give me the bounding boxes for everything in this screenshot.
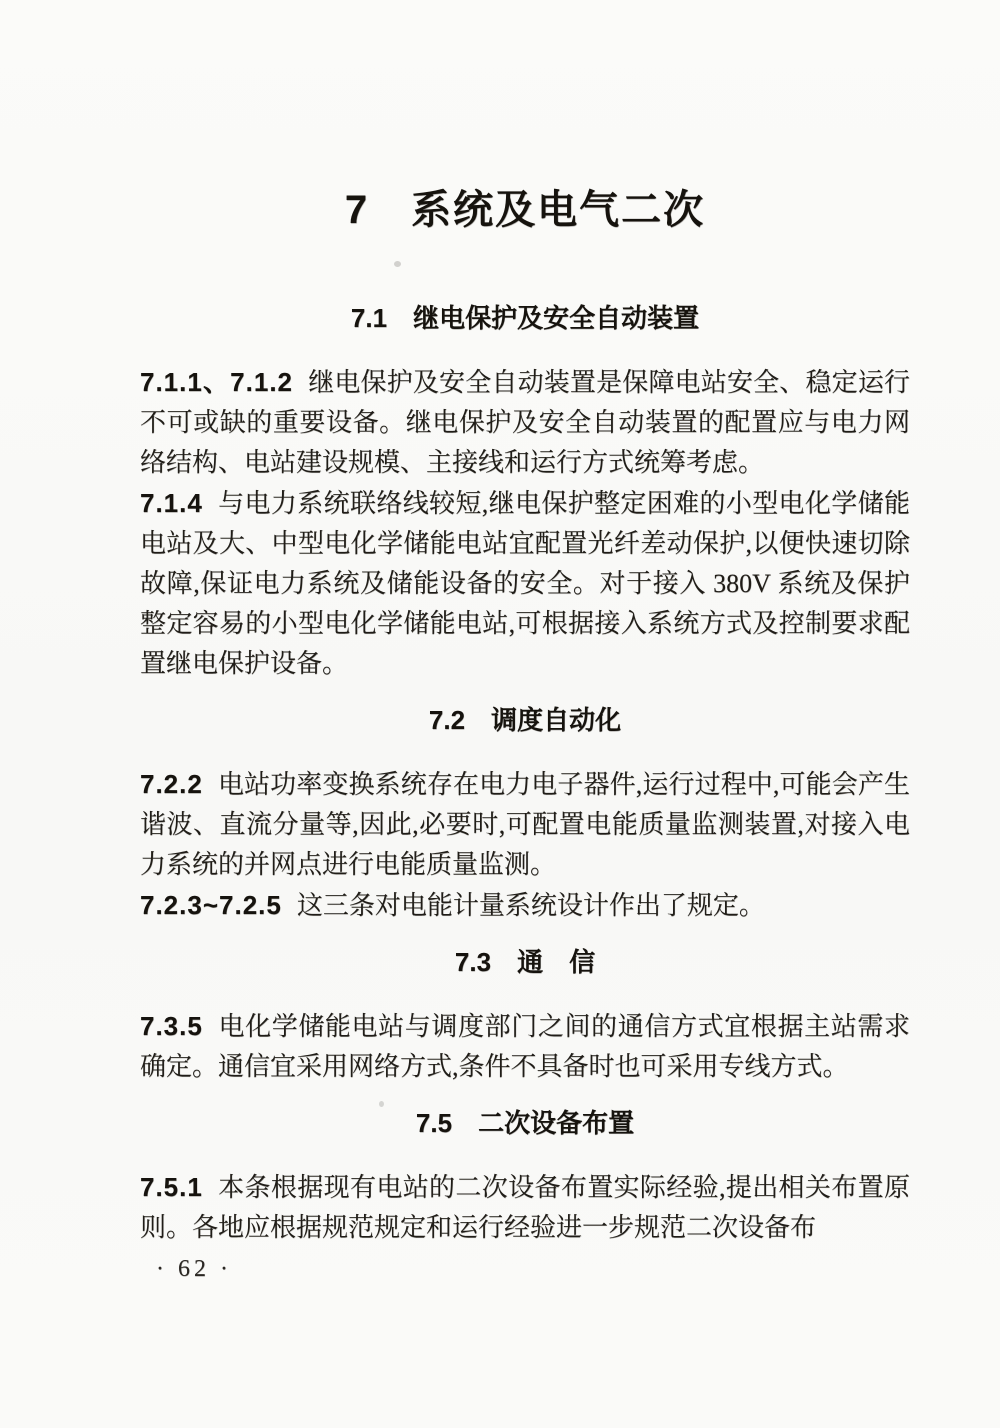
clause-paragraph: 7.1.1、7.1.2继电保护及安全自动装置是保障电站安全、稳定运行不可或缺的重… xyxy=(140,362,910,483)
section-7-5: 7.5 二次设备布置 7.5.1本条根据现有电站的二次设备布置实际经验,提出相关… xyxy=(140,1109,910,1248)
clause-paragraph: 7.1.4与电力系统联络线较短,继电保护整定困难的小型电化学储能电站及大、中型电… xyxy=(140,483,910,684)
clause-paragraph: 7.2.3~7.2.5这三条对电能计量系统设计作出了规定。 xyxy=(140,885,910,926)
section-7-1: 7.1 继电保护及安全自动装置 7.1.1、7.1.2继电保护及安全自动装置是保… xyxy=(140,304,910,684)
clause-number: 7.2.2 xyxy=(140,769,203,799)
clause-text: 这三条对电能计量系统设计作出了规定。 xyxy=(297,891,765,920)
clause-number: 7.1.1、7.1.2 xyxy=(140,367,293,397)
section-heading: 7.1 继电保护及安全自动装置 xyxy=(140,304,910,332)
clause-paragraph: 7.3.5电化学储能电站与调度部门之间的通信方式宜根据主站需求确定。通信宜采用网… xyxy=(140,1006,910,1087)
clause-number: 7.2.3~7.2.5 xyxy=(140,890,282,920)
clause-number: 7.5.1 xyxy=(140,1172,203,1202)
scanned-document-page: 7 系统及电气二次 7.1 继电保护及安全自动装置 7.1.1、7.1.2继电保… xyxy=(0,0,1000,1428)
section-7-2: 7.2 调度自动化 7.2.2电站功率变换系统存在电力电子器件,运行过程中,可能… xyxy=(140,706,910,926)
text-column: 7 系统及电气二次 7.1 继电保护及安全自动装置 7.1.1、7.1.2继电保… xyxy=(140,0,910,1282)
clause-text: 电站功率变换系统存在电力电子器件,运行过程中,可能会产生谐波、直流分量等,因此,… xyxy=(140,770,910,879)
page-number: · 62 · xyxy=(156,1256,910,1282)
clause-number: 7.1.4 xyxy=(140,488,203,518)
clause-text: 本条根据现有电站的二次设备布置实际经验,提出相关布置原则。各地应根据规范规定和运… xyxy=(140,1173,910,1242)
section-heading: 7.5 二次设备布置 xyxy=(140,1109,910,1137)
chapter-title: 7 系统及电气二次 xyxy=(140,190,910,230)
clause-paragraph: 7.5.1本条根据现有电站的二次设备布置实际经验,提出相关布置原则。各地应根据规… xyxy=(140,1167,910,1248)
clause-text: 电化学储能电站与调度部门之间的通信方式宜根据主站需求确定。通信宜采用网络方式,条… xyxy=(140,1012,910,1081)
section-heading: 7.2 调度自动化 xyxy=(140,706,910,734)
clause-number: 7.3.5 xyxy=(140,1011,203,1041)
section-heading: 7.3 通 信 xyxy=(140,948,910,976)
section-7-3: 7.3 通 信 7.3.5电化学储能电站与调度部门之间的通信方式宜根据主站需求确… xyxy=(140,948,910,1087)
clause-text: 与电力系统联络线较短,继电保护整定困难的小型电化学储能电站及大、中型电化学储能电… xyxy=(140,489,910,678)
clause-paragraph: 7.2.2电站功率变换系统存在电力电子器件,运行过程中,可能会产生谐波、直流分量… xyxy=(140,764,910,885)
